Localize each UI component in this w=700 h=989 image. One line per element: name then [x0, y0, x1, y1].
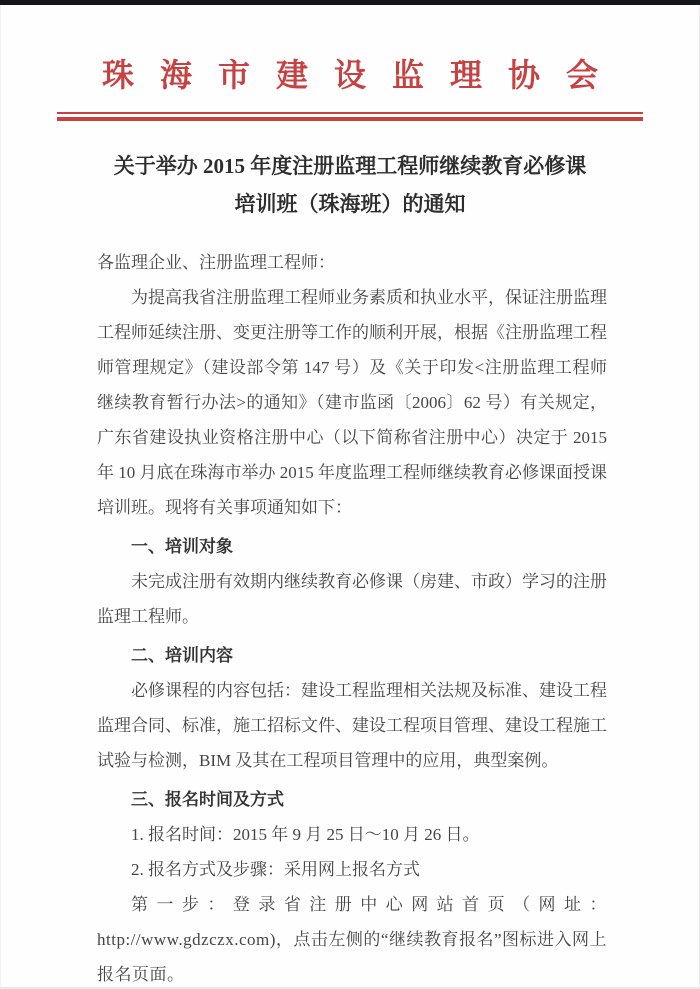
section-training-content-paragraph: 必修课程的内容包括：建设工程监理相关法规及标准、建设工程监理合同、标准，施工招标… [97, 673, 607, 778]
section-heading-registration: 三、报名时间及方式 [97, 782, 607, 817]
notice-title-line-2: 培训班（珠海班）的通知 [0, 185, 700, 223]
step-1-paragraph: 第一步：登录省注册中心网站首页（网址：http://www.gdzczx.com… [97, 887, 607, 989]
item-registration-method: 2. 报名方式及步骤：采用网上报名方式 [97, 852, 607, 887]
org-name: 珠海市建设监理协会 [102, 50, 624, 96]
salutation: 各监理企业、注册监理工程师： [97, 245, 607, 280]
letterhead: 珠海市建设监理协会 [0, 0, 700, 121]
notice-title-line-1: 关于举办 2015 年度注册监理工程师继续教育必修课 [0, 147, 700, 185]
item-registration-time: 1. 报名时间：2015 年 9 月 25 日～10 月 26 日。 [97, 817, 607, 852]
section-training-target-paragraph: 未完成注册有效期内继续教育必修课（房建、市政）学习的注册监理工程师。 [97, 564, 607, 634]
scanned-notice-page: 珠海市建设监理协会 关于举办 2015 年度注册监理工程师继续教育必修课 培训班… [0, 0, 700, 989]
section-heading-training-content: 二、培训内容 [97, 638, 607, 673]
notice-body: 各监理企业、注册监理工程师： 为提高我省注册监理工程师业务素质和执业水平，保证注… [97, 245, 607, 989]
intro-paragraph: 为提高我省注册监理工程师业务素质和执业水平，保证注册监理工程师延续注册、变更注册… [97, 280, 607, 525]
section-heading-training-target: 一、培训对象 [97, 529, 607, 564]
scan-edge-top [0, 0, 700, 5]
divider-thick-line [57, 117, 643, 121]
header-divider [57, 112, 643, 121]
notice-title: 关于举办 2015 年度注册监理工程师继续教育必修课 培训班（珠海班）的通知 [0, 147, 700, 223]
